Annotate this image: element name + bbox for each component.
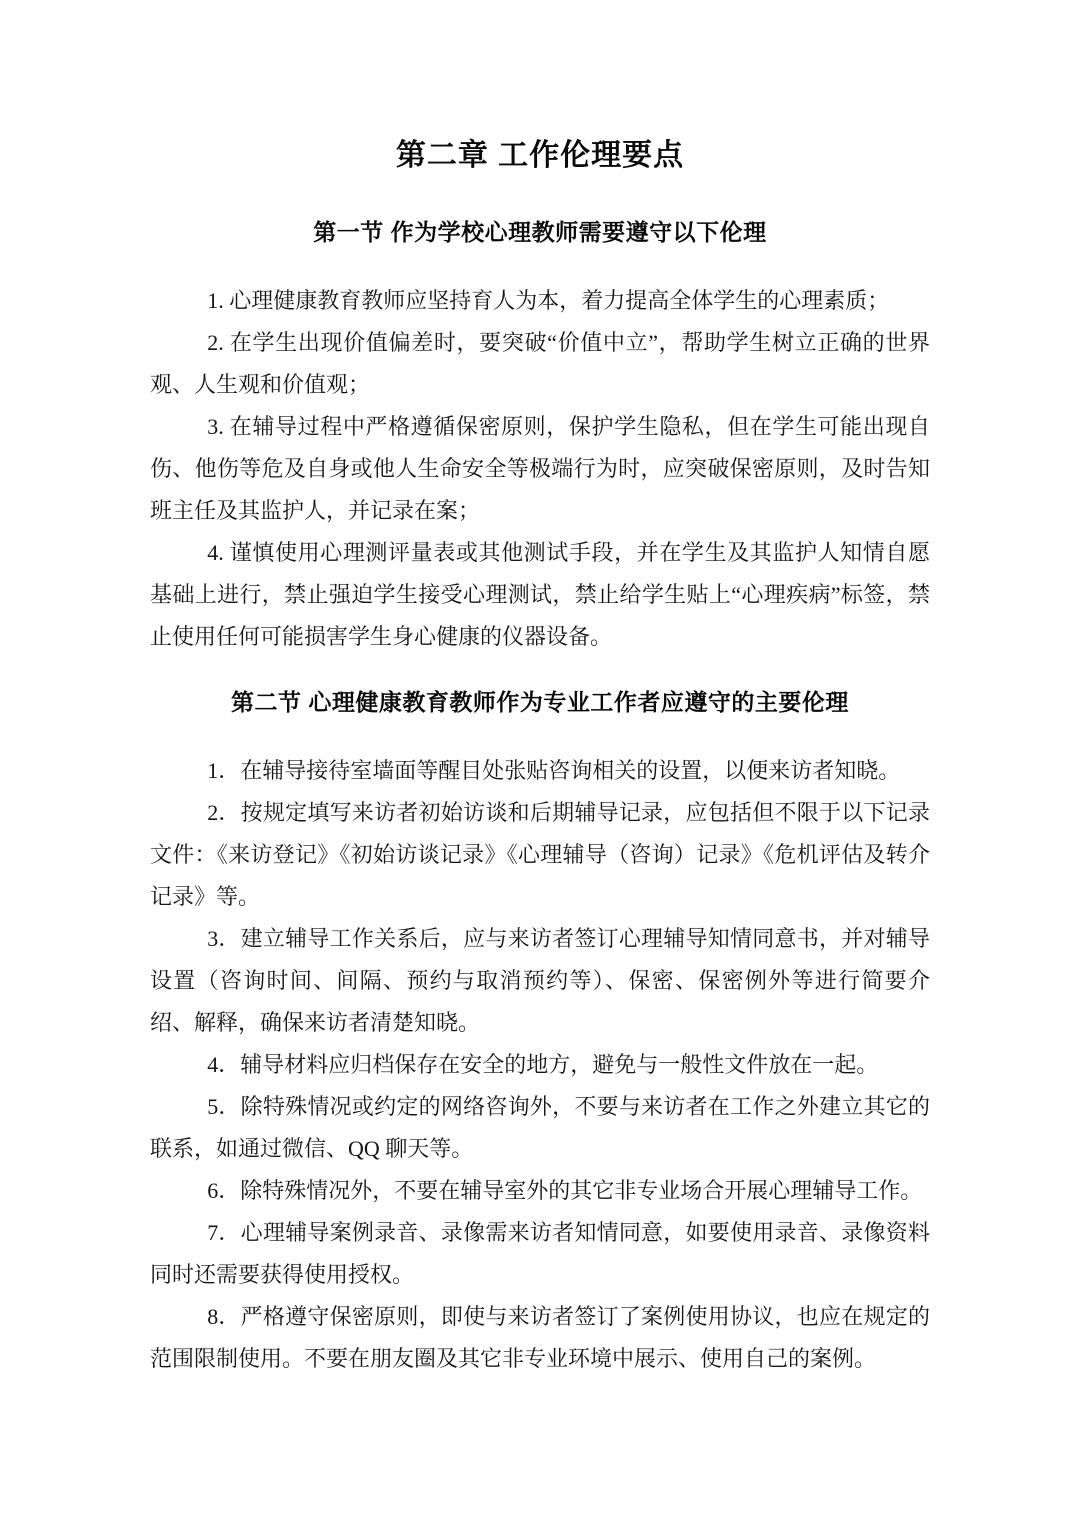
section-2-item-4: 4．辅导材料应归档保存在安全的地方，避免与一般性文件放在一起。 <box>150 1044 930 1086</box>
section-1-item-1: 1. 心理健康教育教师应坚持育人为本，着力提高全体学生的心理素质； <box>150 280 930 322</box>
section-2-item-1: 1．在辅导接待室墙面等醒目处张贴咨询相关的设置，以便来访者知晓。 <box>150 750 930 792</box>
chapter-title: 第二章 工作伦理要点 <box>150 138 930 174</box>
section-2-item-2: 2．按规定填写来访者初始访谈和后期辅导记录，应包括但不限于以下记录文件：《来访登… <box>150 792 930 918</box>
document-page: 第二章 工作伦理要点 第一节 作为学校心理教师需要遵守以下伦理 1. 心理健康教… <box>0 0 1080 1527</box>
section-1-item-4: 4. 谨慎使用心理测评量表或其他测试手段，并在学生及其监护人知情自愿基础上进行，… <box>150 532 930 658</box>
section-2-item-8: 8．严格遵守保密原则，即使与来访者签订了案例使用协议，也应在规定的范围限制使用。… <box>150 1296 930 1380</box>
section-2-item-3: 3．建立辅导工作关系后，应与来访者签订心理辅导知情同意书，并对辅导设置（咨询时间… <box>150 918 930 1044</box>
section-2-item-6: 6．除特殊情况外，不要在辅导室外的其它非专业场合开展心理辅导工作。 <box>150 1170 930 1212</box>
section-1-item-2: 2. 在学生出现价值偏差时，要突破“价值中立”，帮助学生树立正确的世界观、人生观… <box>150 322 930 406</box>
section-1-heading: 第一节 作为学校心理教师需要遵守以下伦理 <box>150 218 930 246</box>
section-1-item-3: 3. 在辅导过程中严格遵循保密原则，保护学生隐私，但在学生可能出现自伤、他伤等危… <box>150 406 930 532</box>
section-2-heading: 第二节 心理健康教育教师作为专业工作者应遵守的主要伦理 <box>150 688 930 716</box>
section-1: 第一节 作为学校心理教师需要遵守以下伦理 1. 心理健康教育教师应坚持育人为本，… <box>150 218 930 658</box>
section-2-item-5: 5．除特殊情况或约定的网络咨询外，不要与来访者在工作之外建立其它的联系，如通过微… <box>150 1086 930 1170</box>
section-2-item-7: 7．心理辅导案例录音、录像需来访者知情同意，如要使用录音、录像资料同时还需要获得… <box>150 1212 930 1296</box>
section-2: 第二节 心理健康教育教师作为专业工作者应遵守的主要伦理 1．在辅导接待室墙面等醒… <box>150 688 930 1380</box>
